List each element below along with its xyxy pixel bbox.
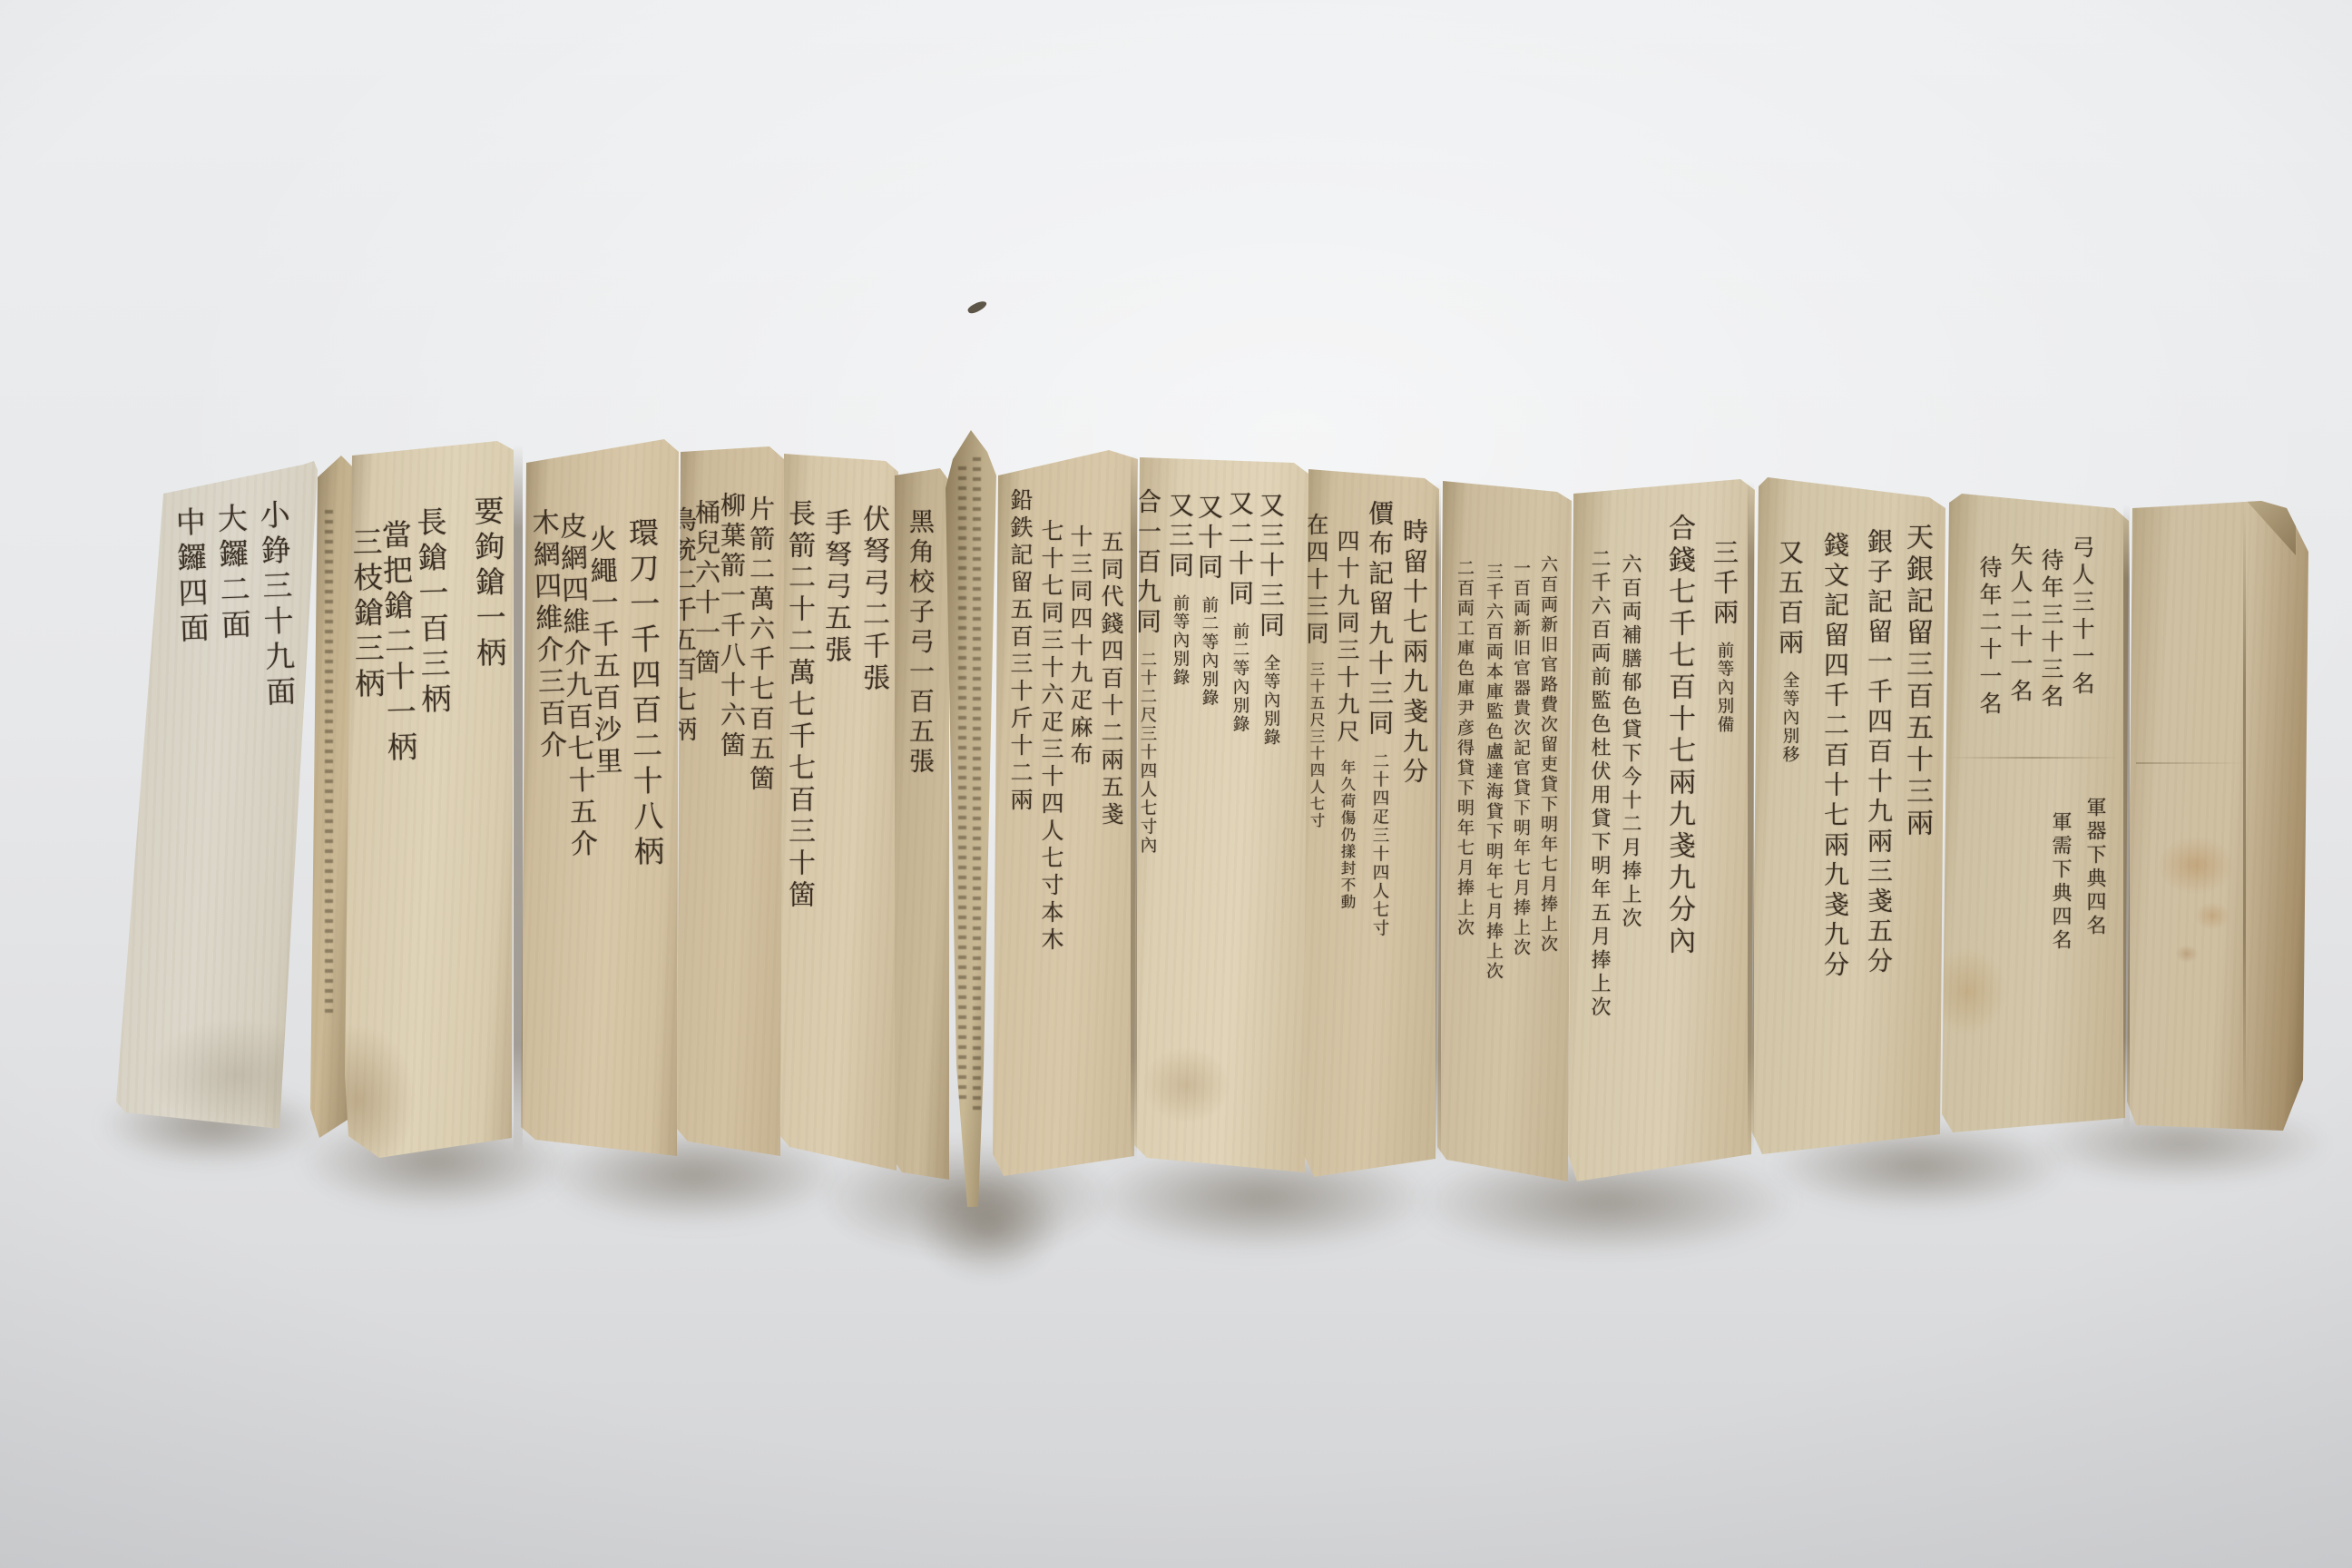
- column-note: 二十四疋三十四人七寸: [1370, 740, 1389, 938]
- column-text: 錢文記留四千二百十七兩九戔九分: [1820, 532, 1850, 981]
- panel-10: 六百両新旧官路費次留吏貸下明年七月捧上次 一百両新旧官器貴次記官貸下明年七月捧上…: [1437, 472, 1572, 1181]
- column-note: 三十五尺三十四人七寸: [1308, 649, 1325, 829]
- text-column: 錢文記留四千二百十七兩九戔九分: [1817, 532, 1853, 981]
- column-text: 五同代錢四百十二兩五戔: [1098, 530, 1124, 829]
- text-column: 矢人二十一名: [2004, 543, 2036, 706]
- column-main: 又五百兩: [1775, 539, 1805, 659]
- panel-07: 五同代錢四百十二兩五戔 十三同四十九疋麻布 七十七同三十六疋三十四人七寸本木 鉛…: [993, 446, 1138, 1176]
- column-text: 十三同四十九疋麻布: [1067, 524, 1093, 769]
- panel-12: 天銀記留三百五十三兩 銀子記留一千四百十九兩三戔五分 錢文記留四千二百十七兩九戔…: [1751, 475, 1945, 1154]
- text-column: 時留十七兩九戔九分: [1396, 518, 1432, 788]
- column-text: 矢人二十一名: [2007, 543, 2033, 706]
- column-main: 又十同: [1194, 494, 1224, 583]
- fold-gap: [1436, 481, 1441, 1161]
- column-text: 六百両新旧官路費次留吏貸下明年七月捧上次: [1538, 555, 1558, 955]
- panel-05: 伏弩弓二千張 手弩弓五張 長箭二十二萬七千七百三十箇: [780, 445, 898, 1171]
- column-text: 木網四維介三百介: [526, 507, 567, 762]
- column-text: 三千六百両本庫監色盧達海貸下明年七月捧上次: [1484, 563, 1504, 982]
- text-column: 三千六百両本庫監色盧達海貸下明年七月捧上次: [1482, 563, 1506, 982]
- crease-line: [2136, 762, 2245, 764]
- text-column: 一百両新旧官器貴次記官貸下明年七月捧上次: [1509, 559, 1534, 958]
- column-text: 銀子記留一千四百十九兩三戔五分: [1864, 528, 1894, 977]
- column-main: 四十九同三十九尺: [1334, 529, 1360, 747]
- fold-gap: [1748, 481, 1754, 1152]
- text-column: 環刀一千四百二十八柄: [621, 517, 670, 872]
- text-column: 天銀記留三百五十三兩: [1896, 523, 1936, 840]
- photo-of-accordion-manuscript: 小錚三十九面 大鑼二面 中鑼四面 要鉤鎗一柄 長鎗一百三柄 當把鎗二十一柄 三枝…: [0, 0, 2352, 1568]
- column-text: 時留十七兩九戔九分: [1399, 518, 1429, 788]
- column-main: 三千兩: [1710, 539, 1739, 629]
- text-column: 手弩弓五張: [815, 508, 855, 667]
- column-text: 黑角校子弓一百五張: [906, 508, 936, 778]
- column-text: 軍器下典四名: [2083, 797, 2106, 938]
- text-column: 軍器下典四名: [2081, 797, 2109, 938]
- fold-gap: [2123, 505, 2130, 1131]
- panel-02: 要鉤鎗一柄 長鎗一百三柄 當把鎗二十一柄 三枝鎗三柄: [345, 439, 514, 1158]
- column-main: 又二十同: [1225, 490, 1255, 610]
- text-column: 五同代錢四百十二兩五戔: [1094, 530, 1127, 829]
- column-note: 全等內別錄: [1261, 642, 1280, 747]
- panel-03: 環刀一千四百二十八柄 火繩一千五百沙里 皮網四維介九百七十五介 木網四維介三百介: [521, 437, 679, 1158]
- panel-13: 弓人三十一名 待年三十三名 矢人二十一名 待年二十一名 軍器下典四名 軍需下典四…: [1942, 492, 2129, 1132]
- panel-06: 黑角校子弓一百五張: [895, 465, 949, 1180]
- text-column: 六百両補膳郁色貸下今十二月捧上次: [1616, 554, 1644, 931]
- column-main: 又三十三同: [1256, 492, 1286, 642]
- text-column: 二千六百両前監色杜伏用貸下明年五月捧上次: [1585, 548, 1613, 1020]
- text-column: 要鉤鎗一柄: [465, 495, 511, 673]
- column-text: 待年三十三名: [2038, 548, 2064, 711]
- text-column: 銀子記留一千四百十九兩三戔五分: [1860, 528, 1896, 977]
- column-note: 前等內別錄: [1171, 582, 1190, 687]
- column-text: 弓人三十一名: [2069, 535, 2095, 699]
- column-text: 七十七同三十六疋三十四人七寸本木: [1038, 519, 1064, 955]
- text-column: 小錚三十九面: [251, 498, 301, 711]
- text-column: 待年二十一名: [1973, 555, 2005, 719]
- column-note: 二十二尺三十四人七寸內: [1138, 638, 1157, 855]
- folded-page-edge-middle: [946, 430, 996, 1207]
- text-column: 七十七同三十六疋三十四人七寸本木: [1034, 519, 1067, 955]
- column-text: 大鑼二面: [212, 502, 252, 644]
- panel-11: 三千兩前等內別備 合錢七千七百十七兩九戔九分內 六百両補膳郁色貸下今十二月捧上次…: [1568, 475, 1755, 1181]
- text-column: 長箭二十二萬七千七百三十箇: [779, 499, 818, 912]
- panel-09: 時留十七兩九戔九分 價布記留九十三同二十四疋三十四人七寸 四十九同三十九尺年久荷…: [1303, 458, 1439, 1177]
- paper-texture: [2127, 499, 2308, 1131]
- column-text: 一百両新旧官器貴次記官貸下明年七月捧上次: [1511, 559, 1531, 958]
- illegible-text-column: [325, 510, 333, 1018]
- column-text: 合錢七千七百十七兩九戔九分內: [1663, 514, 1695, 958]
- fold-gap: [514, 445, 523, 1152]
- column-note: 年久荷傷仍㨾封不動: [1338, 747, 1356, 911]
- column-text: 天銀記留三百五十三兩: [1901, 523, 1933, 840]
- text-column: 六百両新旧官路費次留吏貸下明年七月捧上次: [1536, 555, 1561, 955]
- text-column: 軍需下典四名: [2046, 811, 2074, 953]
- panel-04: 片箭二萬六千七百五箇 柳葉箭一千八十六箇 桶兒六十一箇 鳥銃二千五百七柄: [677, 441, 784, 1160]
- text-column: 二百両工庫色庫尹彦得貸下明年七月捧上次: [1453, 559, 1477, 938]
- column-note: 前二等內別錄: [1200, 583, 1219, 708]
- column-text: 手弩弓五張: [819, 508, 851, 667]
- column-text: 六百両補膳郁色貸下今十二月捧上次: [1619, 554, 1641, 931]
- column-text: 二千六百両前監色杜伏用貸下明年五月捧上次: [1588, 548, 1611, 1020]
- crease-line: [1947, 757, 2120, 759]
- illegible-text-column: [973, 457, 981, 1111]
- fold-gap: [1131, 454, 1137, 1161]
- column-text: 鉛鉄記留五百三十斤十二兩: [1007, 488, 1034, 815]
- text-column: 又三十三同全等內別錄: [1252, 492, 1289, 747]
- text-column: 合錢七千七百十七兩九戔九分內: [1659, 514, 1699, 958]
- text-column: 四十九同三十九尺年久荷傷仍㨾封不動: [1330, 529, 1363, 911]
- text-column: 十三同四十九疋麻布: [1063, 524, 1096, 769]
- column-text: 小錚三十九面: [255, 498, 298, 711]
- text-column: 又五百兩全等內別移: [1771, 539, 1808, 764]
- dust-speck: [966, 299, 988, 315]
- column-text: 中鑼四面: [171, 505, 211, 648]
- column-text: 片箭二萬六千七百五箇: [746, 495, 776, 795]
- text-column: 鉛鉄記留五百三十斤十二兩: [1004, 488, 1036, 815]
- column-text: 伏弩弓二千張: [857, 505, 889, 695]
- text-column: 三枝鎗三柄: [344, 526, 389, 704]
- column-text: 要鉤鎗一柄: [469, 495, 507, 673]
- column-text: 環刀一千四百二十八柄: [624, 517, 666, 872]
- column-main: 又三同: [1165, 492, 1195, 582]
- text-column: 又三同前等內別錄: [1161, 492, 1198, 687]
- crease-line: [2243, 505, 2246, 1125]
- cast-shadow: [916, 1171, 1062, 1279]
- column-text: 軍需下典四名: [2049, 811, 2072, 953]
- dog-ear-corner: [2247, 501, 2296, 555]
- text-column: 伏弩弓二千張: [853, 505, 893, 695]
- text-column: 大鑼二面: [209, 502, 256, 645]
- text-column: 黑角校子弓一百五張: [902, 508, 938, 778]
- column-note: 前等內別備: [1715, 629, 1734, 734]
- column-text: 三枝鎗三柄: [348, 526, 386, 704]
- text-column: 待年三十三名: [2034, 548, 2067, 711]
- column-main: 價布記留九十三同: [1365, 500, 1395, 740]
- text-column: 中鑼四面: [167, 505, 214, 649]
- text-column: 弓人三十一名: [2065, 535, 2098, 699]
- text-column: 又二十同前二等內別錄: [1221, 490, 1258, 734]
- illegible-text-column: [958, 466, 966, 1102]
- column-text: 二百両工庫色庫尹彦得貸下明年七月捧上次: [1455, 559, 1475, 938]
- column-text: 待年二十一名: [1976, 555, 2003, 719]
- column-note: 全等內別移: [1780, 659, 1799, 764]
- column-text: 長箭二十二萬七千七百三十箇: [783, 499, 815, 912]
- column-note: 前二等內別錄: [1230, 610, 1249, 734]
- panel-14-back-cover: [2127, 499, 2308, 1131]
- text-column: 價布記留九十三同二十四疋三十四人七寸: [1361, 500, 1397, 938]
- panel-01: 小錚三十九面 大鑼二面 中鑼四面: [116, 459, 318, 1129]
- text-column: 三千兩前等內別備: [1706, 539, 1742, 734]
- panel-08: 又三十三同全等內別錄 又二十同前二等內別錄 又十同前二等內別錄 又三同前等內別錄…: [1134, 445, 1308, 1172]
